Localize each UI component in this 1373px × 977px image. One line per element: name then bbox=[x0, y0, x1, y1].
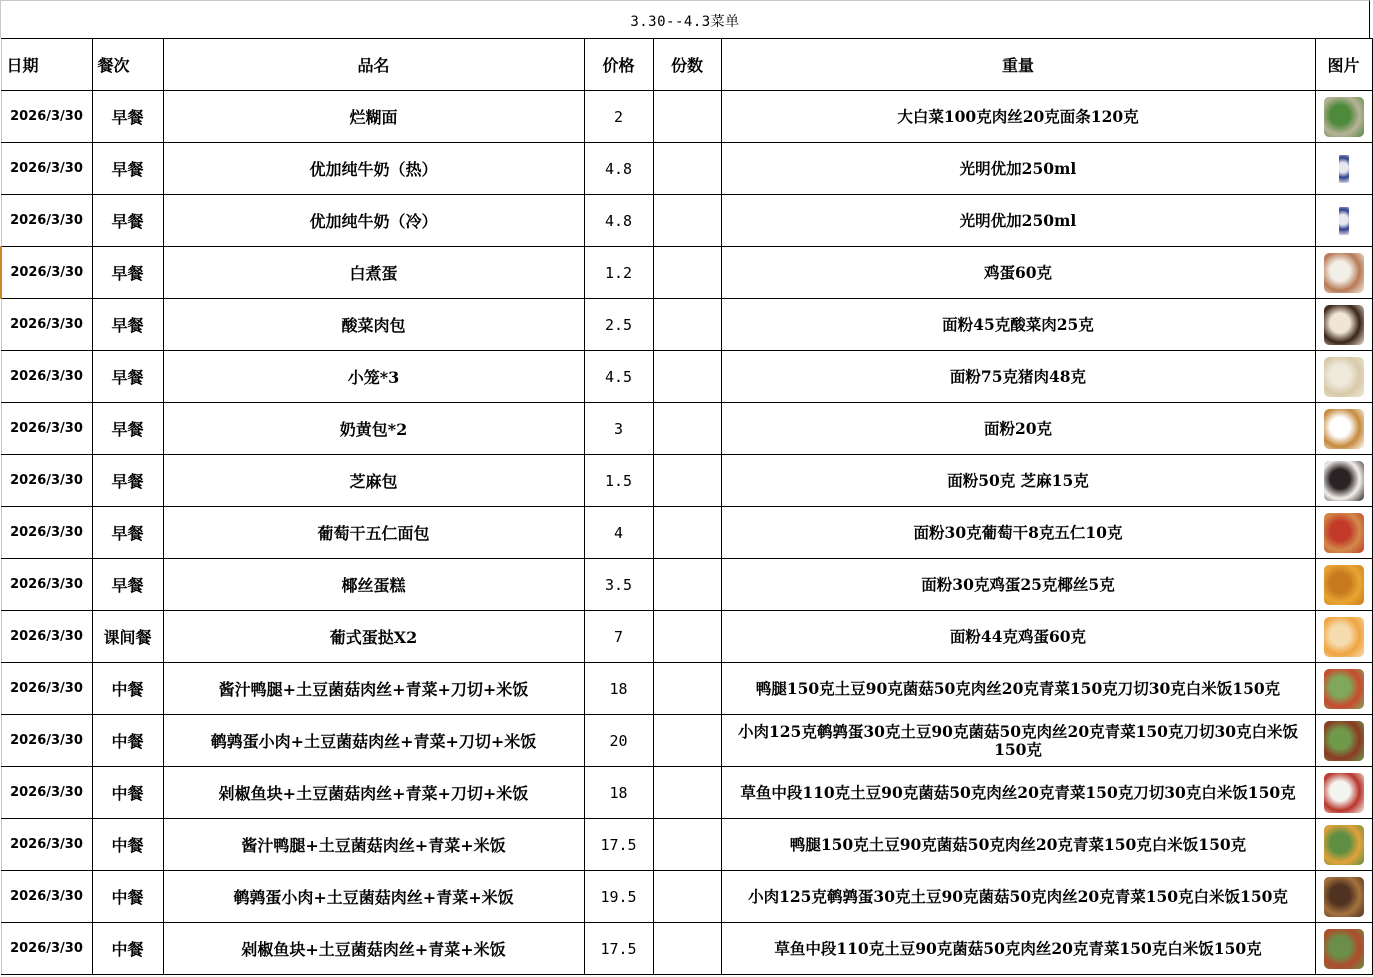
table-row: 2026/3/30中餐剁椒鱼块+土豆菌菇肉丝+青菜+刀切+米饭18草鱼中段110… bbox=[1, 767, 1372, 819]
table-row: 2026/3/30早餐酸菜肉包2.5面粉45克酸菜肉25克 bbox=[1, 299, 1372, 351]
date-cell[interactable]: 2026/3/30 bbox=[1, 91, 92, 143]
price-cell[interactable]: 7 bbox=[584, 611, 653, 663]
image-cell[interactable] bbox=[1315, 299, 1372, 351]
egg-tart-photo[interactable] bbox=[1324, 617, 1364, 657]
header-name[interactable]: 品名 bbox=[163, 39, 584, 91]
table-row: 2026/3/30早餐芝麻包1.5面粉50克 芝麻15克 bbox=[1, 455, 1372, 507]
image-cell[interactable] bbox=[1315, 455, 1372, 507]
meal-cell[interactable]: 早餐 bbox=[92, 403, 163, 455]
meal-tray-photo[interactable] bbox=[1324, 773, 1364, 813]
date-cell[interactable]: 2026/3/30 bbox=[1, 143, 92, 195]
meal-cell[interactable]: 中餐 bbox=[92, 819, 163, 871]
date-cell[interactable]: 2026/3/30 bbox=[1, 403, 92, 455]
weight-cell[interactable]: 小肉125克鹌鹑蛋30克土豆90克菌菇50克肉丝20克青菜150克白米饭150克 bbox=[721, 871, 1315, 923]
meal-cell[interactable]: 早餐 bbox=[92, 247, 163, 299]
weight-cell[interactable]: 大白菜100克肉丝20克面条120克 bbox=[721, 91, 1315, 143]
header-date[interactable]: 日期 bbox=[1, 39, 92, 91]
menu-title: 3.30--4.3菜单 bbox=[1, 11, 1369, 31]
item-name-cell[interactable]: 葡式蛋挞X2 bbox=[163, 611, 584, 663]
image-cell[interactable] bbox=[1315, 923, 1372, 975]
item-name-cell[interactable]: 酱汁鸭腿+土豆菌菇肉丝+青菜+米饭 bbox=[163, 819, 584, 871]
date-cell[interactable]: 2026/3/30 bbox=[1, 715, 92, 767]
date-cell[interactable]: 2026/3/30 bbox=[1, 611, 92, 663]
table-row: 2026/3/30中餐鹌鹑蛋小肉+土豆菌菇肉丝+青菜+刀切+米饭20小肉125克… bbox=[1, 715, 1372, 767]
bread-roll-photo[interactable] bbox=[1324, 513, 1364, 553]
price-cell[interactable]: 20 bbox=[584, 715, 653, 767]
image-cell[interactable] bbox=[1315, 871, 1372, 923]
weight-cell[interactable]: 光明优加250ml bbox=[721, 195, 1315, 247]
title-cell[interactable]: 3.30--4.3菜单 bbox=[0, 0, 1370, 38]
custard-bun-photo[interactable] bbox=[1324, 409, 1364, 449]
dishes-set-photo[interactable] bbox=[1324, 929, 1364, 969]
meal-cell[interactable]: 早餐 bbox=[92, 507, 163, 559]
price-cell[interactable]: 4.5 bbox=[584, 351, 653, 403]
price-cell[interactable]: 3.5 bbox=[584, 559, 653, 611]
table-row: 2026/3/30课间餐葡式蛋挞X27面粉44克鸡蛋60克 bbox=[1, 611, 1372, 663]
image-cell[interactable] bbox=[1315, 611, 1372, 663]
image-cell[interactable] bbox=[1315, 715, 1372, 767]
pickled-meat-bun-photo[interactable] bbox=[1324, 305, 1364, 345]
quantity-cell[interactable] bbox=[653, 871, 721, 923]
weight-cell[interactable]: 面粉20克 bbox=[721, 403, 1315, 455]
sesame-bun-photo[interactable] bbox=[1324, 461, 1364, 501]
meal-cell[interactable]: 中餐 bbox=[92, 767, 163, 819]
quantity-cell[interactable] bbox=[653, 767, 721, 819]
quantity-cell[interactable] bbox=[653, 611, 721, 663]
quantity-cell[interactable] bbox=[653, 507, 721, 559]
noodle-soup-photo[interactable] bbox=[1324, 97, 1364, 137]
weight-cell[interactable]: 草鱼中段110克土豆90克菌菇50克肉丝20克青菜150克白米饭150克 bbox=[721, 923, 1315, 975]
meal-cell[interactable]: 早餐 bbox=[92, 351, 163, 403]
wooden-platter-photo[interactable] bbox=[1324, 877, 1364, 917]
quantity-cell[interactable] bbox=[653, 403, 721, 455]
meal-cell[interactable]: 中餐 bbox=[92, 663, 163, 715]
table-row: 2026/3/30早餐小笼*34.5面粉75克猪肉48克 bbox=[1, 351, 1372, 403]
date-cell[interactable]: 2026/3/30 bbox=[1, 923, 92, 975]
meal-cell[interactable]: 早餐 bbox=[92, 559, 163, 611]
item-name-cell[interactable]: 小笼*3 bbox=[163, 351, 584, 403]
item-name-cell[interactable]: 椰丝蛋糕 bbox=[163, 559, 584, 611]
table-row: 2026/3/30早餐奶黄包*23面粉20克 bbox=[1, 403, 1372, 455]
image-cell[interactable] bbox=[1315, 663, 1372, 715]
item-name-cell[interactable]: 剁椒鱼块+土豆菌菇肉丝+青菜+刀切+米饭 bbox=[163, 767, 584, 819]
bento-box-photo[interactable] bbox=[1324, 721, 1364, 761]
meal-cell[interactable]: 早餐 bbox=[92, 455, 163, 507]
meal-cell[interactable]: 早餐 bbox=[92, 299, 163, 351]
item-name-cell[interactable]: 优加纯牛奶（冷） bbox=[163, 195, 584, 247]
image-cell[interactable] bbox=[1315, 403, 1372, 455]
quantity-cell[interactable] bbox=[653, 143, 721, 195]
quantity-cell[interactable] bbox=[653, 819, 721, 871]
quantity-cell[interactable] bbox=[653, 91, 721, 143]
price-cell[interactable]: 17.5 bbox=[584, 819, 653, 871]
header-price[interactable]: 价格 bbox=[584, 39, 653, 91]
item-name-cell[interactable]: 奶黄包*2 bbox=[163, 403, 584, 455]
quantity-cell[interactable] bbox=[653, 715, 721, 767]
milk-carton-photo[interactable] bbox=[1339, 207, 1349, 235]
table-row: 2026/3/30早餐白煮蛋1.2鸡蛋60克 bbox=[1, 247, 1372, 299]
table-row: 2026/3/30中餐酱汁鸭腿+土豆菌菇肉丝+青菜+米饭17.5鸭腿150克土豆… bbox=[1, 819, 1372, 871]
table-row: 2026/3/30中餐剁椒鱼块+土豆菌菇肉丝+青菜+米饭17.5草鱼中段110克… bbox=[1, 923, 1372, 975]
price-cell[interactable]: 2 bbox=[584, 91, 653, 143]
milk-carton-photo[interactable] bbox=[1339, 155, 1349, 183]
coconut-cake-photo[interactable] bbox=[1324, 565, 1364, 605]
quantity-cell[interactable] bbox=[653, 923, 721, 975]
item-name-cell[interactable]: 酱汁鸭腿+土豆菌菇肉丝+青菜+刀切+米饭 bbox=[163, 663, 584, 715]
image-cell[interactable] bbox=[1315, 91, 1372, 143]
image-cell[interactable] bbox=[1315, 507, 1372, 559]
table-row: 2026/3/30中餐酱汁鸭腿+土豆菌菇肉丝+青菜+刀切+米饭18鸭腿150克土… bbox=[1, 663, 1372, 715]
image-cell[interactable] bbox=[1315, 143, 1372, 195]
weight-cell[interactable]: 鸡蛋60克 bbox=[721, 247, 1315, 299]
price-cell[interactable]: 4.8 bbox=[584, 195, 653, 247]
date-cell[interactable]: 2026/3/30 bbox=[1, 871, 92, 923]
weight-cell[interactable]: 鸭腿150克土豆90克菌菇50克肉丝20克青菜150克白米饭150克 bbox=[721, 819, 1315, 871]
weight-cell[interactable]: 面粉75克猪肉48克 bbox=[721, 351, 1315, 403]
weight-cell[interactable]: 面粉45克酸菜肉25克 bbox=[721, 299, 1315, 351]
quantity-cell[interactable] bbox=[653, 195, 721, 247]
date-cell[interactable]: 2026/3/30 bbox=[1, 247, 92, 299]
header-meal[interactable]: 餐次 bbox=[92, 39, 163, 91]
table-row: 2026/3/30早餐葡萄干五仁面包4面粉30克葡萄干8克五仁10克 bbox=[1, 507, 1372, 559]
item-name-cell[interactable]: 白煮蛋 bbox=[163, 247, 584, 299]
image-cell[interactable] bbox=[1315, 195, 1372, 247]
price-cell[interactable]: 4 bbox=[584, 507, 653, 559]
weight-cell[interactable]: 光明优加250ml bbox=[721, 143, 1315, 195]
bento-box-photo[interactable] bbox=[1324, 669, 1364, 709]
price-cell[interactable]: 19.5 bbox=[584, 871, 653, 923]
date-cell[interactable]: 2026/3/30 bbox=[1, 767, 92, 819]
price-cell[interactable]: 18 bbox=[584, 663, 653, 715]
meal-cell[interactable]: 早餐 bbox=[92, 195, 163, 247]
meal-cell[interactable]: 早餐 bbox=[92, 143, 163, 195]
weight-cell[interactable]: 面粉50克 芝麻15克 bbox=[721, 455, 1315, 507]
bento-box-photo[interactable] bbox=[1324, 825, 1364, 865]
quantity-cell[interactable] bbox=[653, 559, 721, 611]
table-row: 2026/3/30早餐优加纯牛奶（热）4.8光明优加250ml bbox=[1, 143, 1372, 195]
header-weight[interactable]: 重量 bbox=[721, 39, 1315, 91]
price-cell[interactable]: 4.8 bbox=[584, 143, 653, 195]
weight-cell[interactable]: 面粉30克鸡蛋25克椰丝5克 bbox=[721, 559, 1315, 611]
quantity-cell[interactable] bbox=[653, 663, 721, 715]
price-cell[interactable]: 17.5 bbox=[584, 923, 653, 975]
date-cell[interactable]: 2026/3/30 bbox=[1, 351, 92, 403]
weight-cell[interactable]: 草鱼中段110克土豆90克菌菇50克肉丝20克青菜150克刀切30克白米饭150… bbox=[721, 767, 1315, 819]
xiaolongbao-photo[interactable] bbox=[1324, 357, 1364, 397]
price-cell[interactable]: 18 bbox=[584, 767, 653, 819]
meal-cell[interactable]: 中餐 bbox=[92, 715, 163, 767]
item-name-cell[interactable]: 烂糊面 bbox=[163, 91, 584, 143]
date-cell[interactable]: 2026/3/30 bbox=[1, 195, 92, 247]
weight-cell[interactable]: 面粉30克葡萄干8克五仁10克 bbox=[721, 507, 1315, 559]
header-qty[interactable]: 份数 bbox=[653, 39, 721, 91]
meal-cell[interactable]: 课间餐 bbox=[92, 611, 163, 663]
item-name-cell[interactable]: 鹌鹑蛋小肉+土豆菌菇肉丝+青菜+米饭 bbox=[163, 871, 584, 923]
quantity-cell[interactable] bbox=[653, 351, 721, 403]
date-cell[interactable]: 2026/3/30 bbox=[1, 507, 92, 559]
item-name-cell[interactable]: 酸菜肉包 bbox=[163, 299, 584, 351]
quantity-cell[interactable] bbox=[653, 247, 721, 299]
weight-cell[interactable]: 面粉44克鸡蛋60克 bbox=[721, 611, 1315, 663]
image-cell[interactable] bbox=[1315, 819, 1372, 871]
meal-cell[interactable]: 早餐 bbox=[92, 91, 163, 143]
header-row: 日期 餐次 品名 价格 份数 重量 图片 bbox=[1, 39, 1372, 91]
price-cell[interactable]: 1.5 bbox=[584, 455, 653, 507]
price-cell[interactable]: 2.5 bbox=[584, 299, 653, 351]
item-name-cell[interactable]: 优加纯牛奶（热） bbox=[163, 143, 584, 195]
date-cell[interactable]: 2026/3/30 bbox=[1, 455, 92, 507]
weight-cell[interactable]: 鸭腿150克土豆90克菌菇50克肉丝20克青菜150克刀切30克白米饭150克 bbox=[721, 663, 1315, 715]
weight-cell[interactable]: 小肉125克鹌鹑蛋30克土豆90克菌菇50克肉丝20克青菜150克刀切30克白米… bbox=[721, 715, 1315, 767]
table-row: 2026/3/30早餐烂糊面2大白菜100克肉丝20克面条120克 bbox=[1, 91, 1372, 143]
price-cell[interactable]: 1.2 bbox=[584, 247, 653, 299]
item-name-cell[interactable]: 芝麻包 bbox=[163, 455, 584, 507]
header-image[interactable]: 图片 bbox=[1315, 39, 1372, 91]
image-cell[interactable] bbox=[1315, 559, 1372, 611]
item-name-cell[interactable]: 葡萄干五仁面包 bbox=[163, 507, 584, 559]
item-name-cell[interactable]: 剁椒鱼块+土豆菌菇肉丝+青菜+米饭 bbox=[163, 923, 584, 975]
date-cell[interactable]: 2026/3/30 bbox=[1, 299, 92, 351]
date-cell[interactable]: 2026/3/30 bbox=[1, 663, 92, 715]
image-cell[interactable] bbox=[1315, 351, 1372, 403]
image-cell[interactable] bbox=[1315, 767, 1372, 819]
meal-cell[interactable]: 中餐 bbox=[92, 923, 163, 975]
table-row: 2026/3/30早餐优加纯牛奶（冷）4.8光明优加250ml bbox=[1, 195, 1372, 247]
boiled-eggs-photo[interactable] bbox=[1324, 253, 1364, 293]
date-cell[interactable]: 2026/3/30 bbox=[1, 819, 92, 871]
quantity-cell[interactable] bbox=[653, 299, 721, 351]
quantity-cell[interactable] bbox=[653, 455, 721, 507]
meal-cell[interactable]: 中餐 bbox=[92, 871, 163, 923]
date-cell[interactable]: 2026/3/30 bbox=[1, 559, 92, 611]
table-row: 2026/3/30早餐椰丝蛋糕3.5面粉30克鸡蛋25克椰丝5克 bbox=[1, 559, 1372, 611]
price-cell[interactable]: 3 bbox=[584, 403, 653, 455]
image-cell[interactable] bbox=[1315, 247, 1372, 299]
item-name-cell[interactable]: 鹌鹑蛋小肉+土豆菌菇肉丝+青菜+刀切+米饭 bbox=[163, 715, 584, 767]
menu-table: 日期 餐次 品名 价格 份数 重量 图片 2026/3/30早餐烂糊面2大白菜1… bbox=[0, 38, 1373, 975]
table-row: 2026/3/30中餐鹌鹑蛋小肉+土豆菌菇肉丝+青菜+米饭19.5小肉125克鹌… bbox=[1, 871, 1372, 923]
